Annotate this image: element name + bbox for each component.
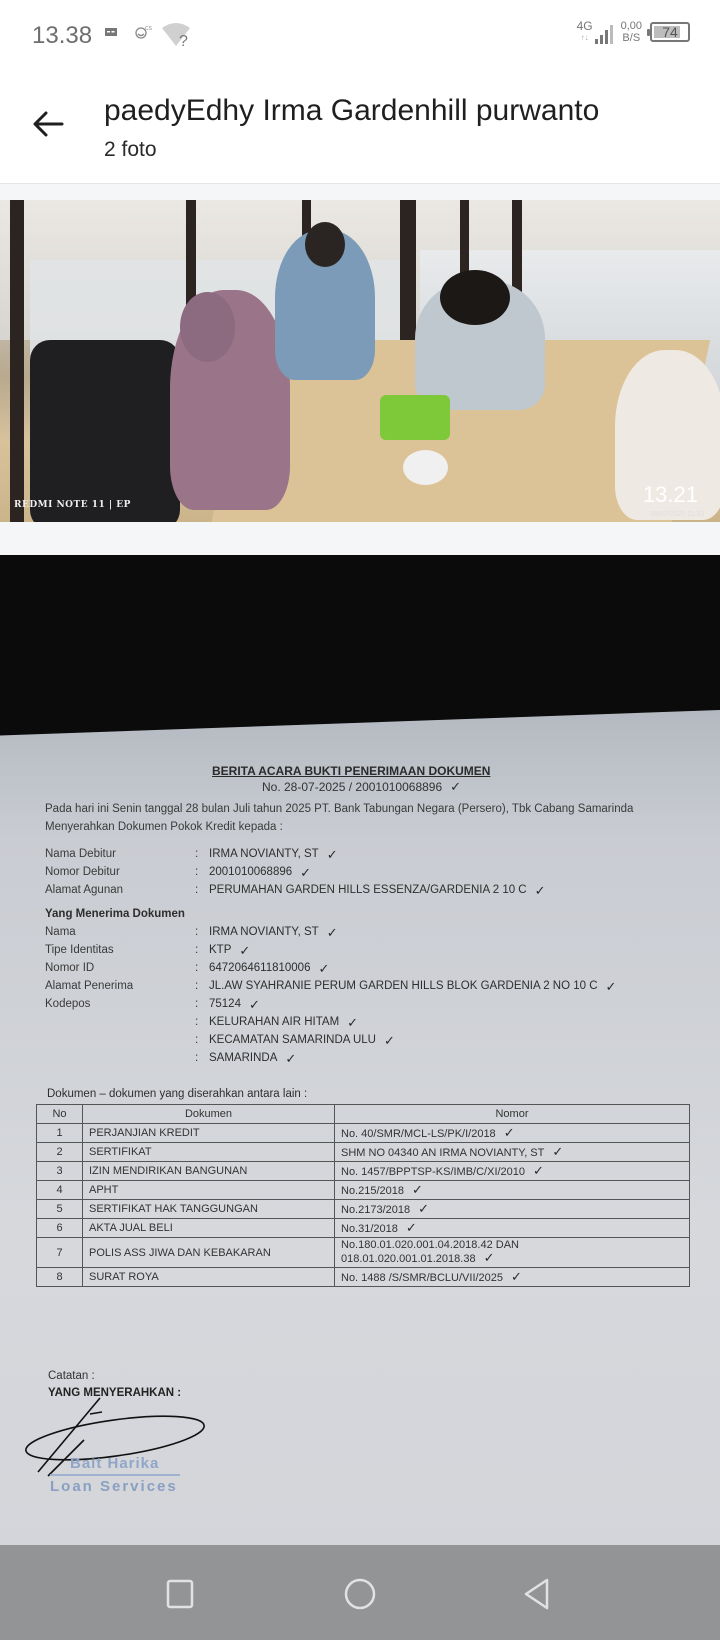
status-indicators: 4G ↑↓ 0,00 B/S 74 — [577, 20, 690, 44]
field-nomor-id: Nomor ID: 6472064611810006✓ — [45, 962, 329, 977]
field-nama: Nama: IRMA NOVIANTY, ST✓ — [45, 926, 338, 941]
wifi-unknown-icon: ? — [160, 22, 194, 51]
table-row: 7POLIS ASS JIWA DAN KEBAKARANNo.180.01.0… — [37, 1238, 690, 1268]
table-row: 5SERTIFIKAT HAK TANGGUNGANNo.2173/2018✓ — [37, 1200, 690, 1219]
field-alamat-penerima: Alamat Penerima: JL.AW SYAHRANIE PERUM G… — [45, 980, 616, 995]
catatan-label: Catatan : — [48, 1370, 95, 1382]
stamp-department: Loan Services — [50, 1478, 178, 1495]
documents-caption: Dokumen – dokumen yang diserahkan antara… — [47, 1088, 307, 1100]
signal-icon — [595, 24, 613, 44]
col-no: No — [37, 1105, 83, 1124]
circle-icon — [343, 1577, 377, 1611]
field-kodepos: Kodepos: 75124✓ — [45, 998, 260, 1013]
svg-text:?: ? — [179, 33, 188, 48]
chat-title: paedyEdhy Irma Gardenhill purwanto — [104, 94, 599, 128]
col-dokumen: Dokumen — [83, 1105, 335, 1124]
document-intro: Pada hari ini Senin tanggal 28 bulan Jul… — [45, 800, 695, 836]
home-button[interactable] — [336, 1570, 384, 1618]
document-number: No. 28-07-2025 / 2001010068896✓ — [262, 780, 461, 795]
field-kelurahan: : KELURAHAN AIR HITAM✓ — [45, 1016, 358, 1031]
table-row: 1PERJANJIAN KREDITNo. 40/SMR/MCL-LS/PK/I… — [37, 1124, 690, 1143]
photo-meeting[interactable]: REDMI NOTE 11 | EP 13.21 28/07/2025 11:3… — [0, 200, 720, 522]
col-nomor: Nomor — [335, 1105, 690, 1124]
network-type: 4G ↑↓ — [577, 20, 593, 44]
carrier-app-icon: CS — [132, 24, 154, 43]
document-title: BERITA ACARA BUKTI PENERIMAAN DOKUMEN — [212, 764, 490, 778]
table-row: 2SERTIFIKATSHM NO 04340 AN IRMA NOVIANTY… — [37, 1143, 690, 1162]
back-button[interactable] — [24, 100, 72, 148]
table-row: 3IZIN MENDIRIKAN BANGUNANNo. 1457/BPPTSP… — [37, 1162, 690, 1181]
status-time: 13.38 — [32, 22, 92, 50]
data-speed: 0,00 B/S — [621, 20, 642, 44]
arrow-left-icon — [30, 106, 66, 142]
triangle-back-icon — [522, 1577, 552, 1611]
app-header: paedyEdhy Irma Gardenhill purwanto 2 fot… — [0, 72, 720, 184]
table-row: 8SURAT ROYANo. 1488 /S/SMR/BCLU/VII/2025… — [37, 1268, 690, 1287]
stamp-name: Bait Harika — [70, 1455, 159, 1472]
table-row: 6AKTA JUAL BELINo.31/2018✓ — [37, 1219, 690, 1238]
receiver-heading: Yang Menerima Dokumen — [45, 908, 185, 920]
battery-level: 74 — [662, 24, 678, 40]
camera-watermark: REDMI NOTE 11 | EP — [14, 500, 131, 510]
field-kota: : SAMARINDA✓ — [45, 1052, 296, 1067]
photo-date-overlay: 28/07/2025 11:33 — [650, 511, 704, 518]
status-bar: 13.38 CS ? 4G ↑↓ 0,00 B/S 74 — [0, 0, 720, 72]
field-nomor-debitur: Nomor Debitur: 2001010068896✓ — [45, 866, 311, 881]
field-kecamatan: : KECAMATAN SAMARINDA ULU✓ — [45, 1034, 395, 1049]
system-nav-bar — [0, 1545, 720, 1640]
photo-time-overlay: 13.21 — [643, 482, 698, 508]
photo-document[interactable]: BERITA ACARA BUKTI PENERIMAAN DOKUMEN No… — [0, 555, 720, 1545]
photo-count: 2 foto — [104, 138, 157, 162]
svg-text:CS: CS — [145, 26, 153, 32]
field-tipe-identitas: Tipe Identitas: KTP✓ — [45, 944, 250, 959]
documents-table: No Dokumen Nomor 1PERJANJIAN KREDITNo. 4… — [36, 1104, 690, 1287]
battery-icon: 74 — [650, 22, 690, 42]
table-row: 4APHTNo.215/2018✓ — [37, 1181, 690, 1200]
message-icon — [104, 26, 118, 42]
recents-button[interactable] — [156, 1570, 204, 1618]
field-alamat-agunan: Alamat Agunan: PERUMAHAN GARDEN HILLS ES… — [45, 884, 546, 899]
field-nama-debitur: Nama Debitur: IRMA NOVIANTY, ST✓ — [45, 848, 338, 863]
square-icon — [165, 1579, 195, 1609]
stamp-divider — [50, 1474, 180, 1476]
back-nav-button[interactable] — [513, 1570, 561, 1618]
